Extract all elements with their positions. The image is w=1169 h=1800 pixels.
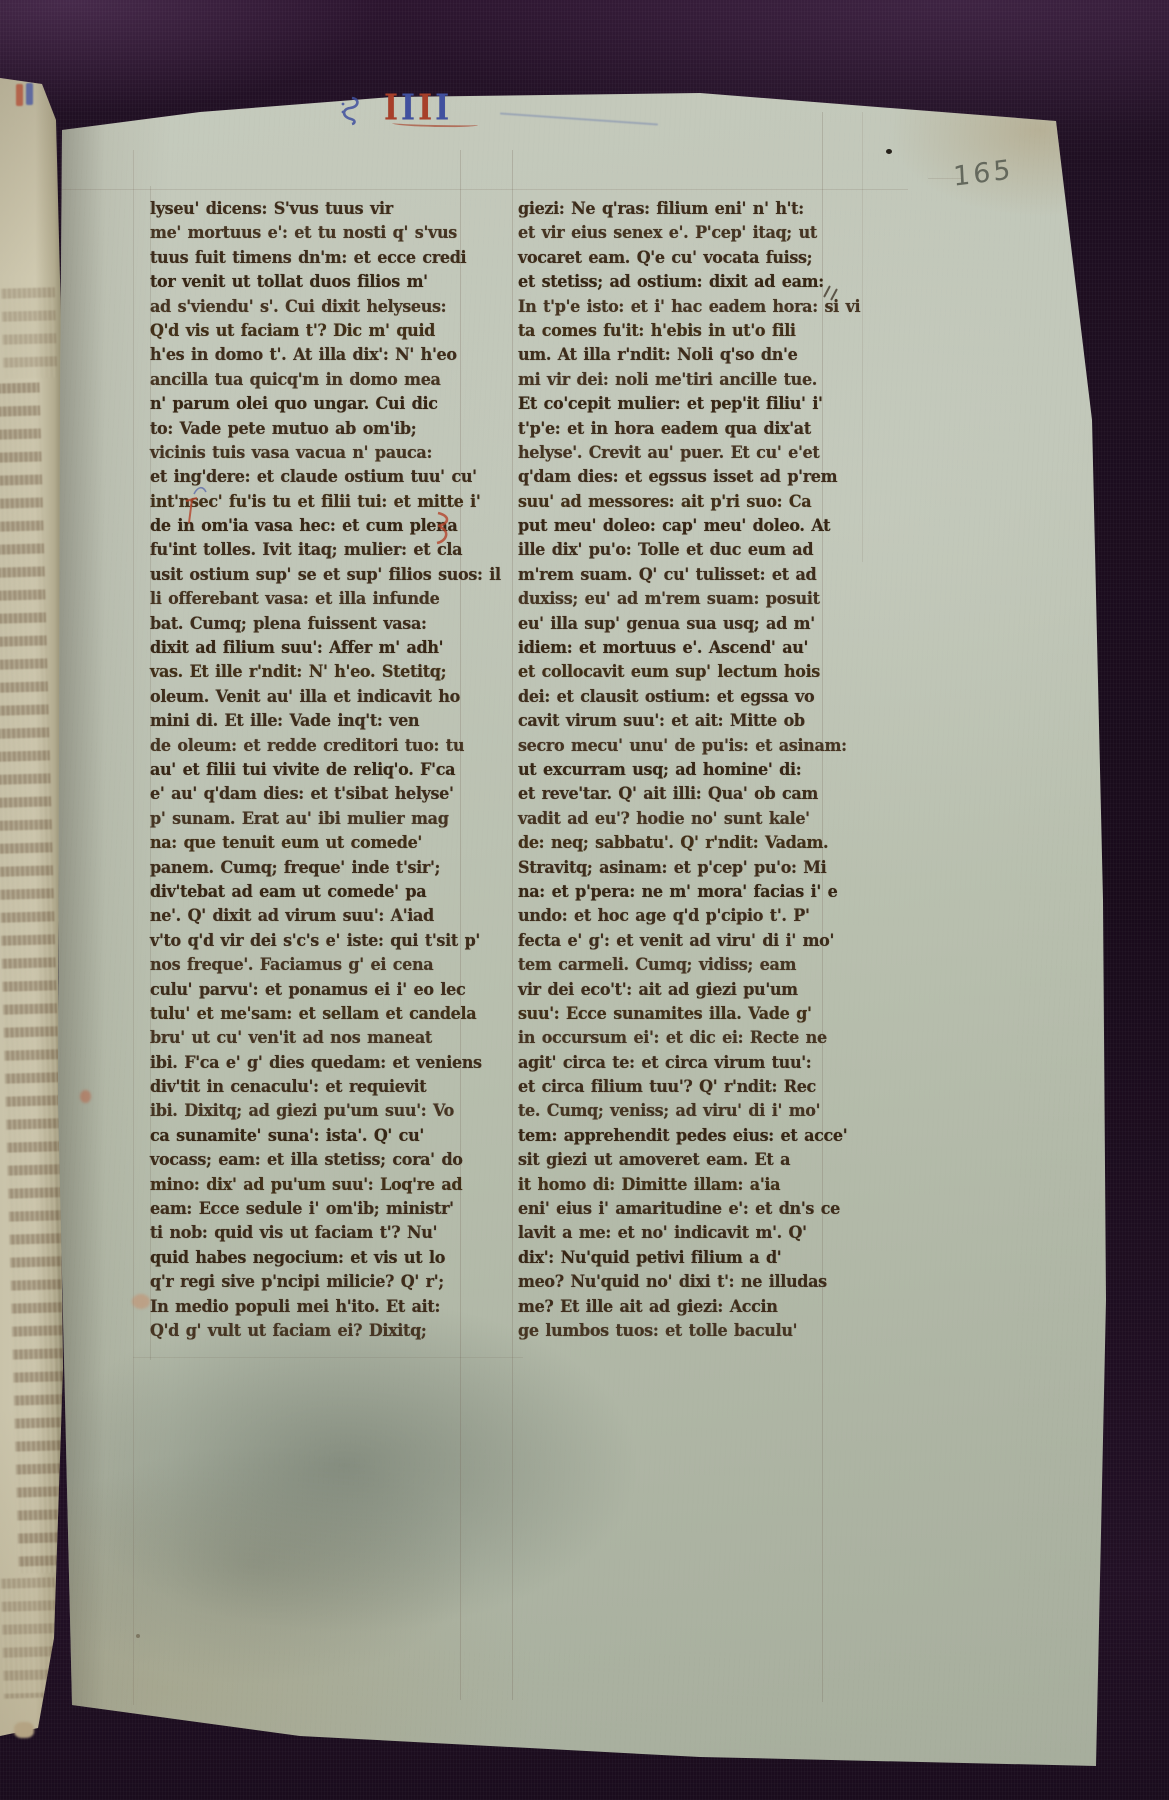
red-stain-left-margin: [80, 1090, 91, 1103]
manuscript-text-line: me' mortuus e': et tu nosti q' s'vus: [150, 220, 452, 246]
manuscript-text-line: giezi: Ne q'ras: filium eni' n' h't:: [518, 196, 820, 222]
manuscript-text-line: in occursum ei': et dic ei: Recte ne: [518, 1025, 820, 1051]
manuscript-text-line: li offerebant vasa: et illa infunde: [150, 586, 452, 612]
manuscript-text-line: Et co'cepit mulier: et pep'it filiu' i': [518, 391, 820, 417]
manuscript-text-line: na: et p'pera: ne m' mora' facias i' e: [518, 879, 820, 905]
manuscript-text-line: quid habes negocium: et vis ut lo: [150, 1245, 452, 1271]
manuscript-text-line: q'dam dies: et egssus isset ad p'rem: [518, 464, 820, 490]
manuscript-text-line: n' parum olei quo ungar. Cui dic: [150, 391, 452, 417]
manuscript-text-line: fu'int tolles. Ivit itaq; mulier: et cla: [150, 537, 452, 563]
manuscript-text-line: dixit ad filium suu': Affer m' adh': [150, 635, 452, 661]
manuscript-text-line: tem: apprehendit pedes eius: et acce': [518, 1123, 820, 1149]
manuscript-text-line: panem. Cumq; freque' inde t'sir';: [150, 855, 452, 881]
manuscript-text-line: culu' parvu': et ponamus ei i' eo lec: [150, 977, 452, 1003]
manuscript-text-line: tem carmeli. Cumq; vidiss; eam: [518, 952, 820, 978]
manuscript-text-line: suu' ad messores: ait p'ri suo: Ca: [518, 489, 820, 515]
manuscript-text-line: et vir eius senex e'. P'cep' itaq; ut: [518, 220, 820, 246]
bleed-through-text: [1, 287, 57, 378]
manuscript-text-line: vicinis tuis vasa vacua n' pauca:: [150, 440, 452, 466]
manuscript-text-line: ti nob: quid vis ut faciam t'? Nu': [150, 1220, 452, 1246]
manuscript-text-line: t'p'e: et in hora eadem qua dix'at: [518, 416, 820, 442]
manuscript-text-line: ta comes fu'it: h'ebis in ut'o fili: [518, 318, 820, 344]
manuscript-text-line: ibi. F'ca e' g' dies quedam: et veniens: [150, 1050, 452, 1076]
manuscript-text-line: meo? Nu'quid no' dixi t': ne illudas: [518, 1269, 820, 1295]
manuscript-text-line: idiem: et mortuus e'. Ascend' au': [518, 635, 820, 661]
manuscript-text-line: agit' circa te: et circa virum tuu':: [518, 1050, 820, 1076]
ink-dot: [136, 1634, 140, 1638]
manuscript-text-line: et circa filium tuu'? Q' r'ndit: Rec: [518, 1074, 820, 1100]
ink-speck: [886, 149, 892, 154]
manuscript-text-line: vocass; eam: et illa stetiss; cora' do: [150, 1147, 452, 1173]
manuscript-text-line: mino: dix' ad pu'um suu': Loq're ad: [150, 1172, 452, 1198]
manuscript-text-line: In medio populi mei h'ito. Et ait:: [150, 1294, 452, 1320]
manuscript-text-line: e' au' q'dam dies: et t'sibat helyse': [150, 781, 452, 807]
manuscript-text-line: put meu' doleo: cap' meu' doleo. At: [518, 513, 820, 539]
manuscript-text-line: fecta e' g': et venit ad viru' di i' mo': [518, 928, 820, 954]
manuscript-text-line: div'tebat ad eam ut comede' pa: [150, 879, 452, 905]
header-blue-paraph: [338, 96, 364, 126]
manuscript-text-line: In t'p'e isto: et i' hac eadem hora: si …: [518, 294, 820, 320]
facing-header-red-mark: [16, 84, 23, 106]
pink-stain: [132, 1294, 150, 1309]
red-paraph-mark: [434, 510, 454, 546]
manuscript-text-line: tulu' et me'sam: et sellam et candela: [150, 1001, 452, 1027]
manuscript-text-line: div'tit in cenaculu': et requievit: [150, 1074, 452, 1100]
manuscript-text-line: tuus fuit timens dn'm: et ecce credi: [150, 245, 452, 271]
ruling-line: [862, 112, 863, 562]
manuscript-text-line: vocaret eam. Q'e cu' vocata fuiss;: [518, 245, 820, 271]
manuscript-text-line: ille dix' pu'o: Tolle et duc eum ad: [518, 537, 820, 563]
manuscript-photo: IIII 165 lyseu' dicens: S'vus tuus virme…: [0, 0, 1169, 1800]
correction-mark-red: [184, 496, 200, 526]
manuscript-text-line: usit ostium sup' se et sup' filios suos:…: [150, 562, 452, 588]
manuscript-text-line: de: neq; sabbatu'. Q' r'ndit: Vadam.: [518, 830, 820, 856]
facing-page-edge: [0, 78, 64, 1740]
manuscript-text-line: sit giezi ut amoveret eam. Et a: [518, 1147, 820, 1173]
manuscript-text-line: oleum. Venit au' illa et indicavit ho: [150, 684, 452, 710]
manuscript-text-line: vas. Et ille r'ndit: N' h'eo. Stetitq;: [150, 659, 452, 685]
manuscript-text-line: ibi. Dixitq; ad giezi pu'um suu': Vo: [150, 1098, 452, 1124]
manuscript-text-line: na: que tenuit eum ut comede': [150, 830, 452, 856]
manuscript-text-line: dei: et clausit ostium: et egssa vo: [518, 684, 820, 710]
manuscript-text-line: au' et filii tui vivite de reliq'o. F'ca: [150, 757, 452, 783]
manuscript-text-line: to: Vade pete mutuo ab om'ib;: [150, 416, 452, 442]
text-column-right: giezi: Ne q'ras: filium eni' n' h't:et v…: [518, 196, 820, 1342]
manuscript-text-line: v'to q'd vir dei s'c's e' iste: qui t'si…: [150, 928, 452, 954]
manuscript-text-line: de oleum: et redde creditori tuo: tu: [150, 733, 452, 759]
manuscript-text-line: et collocavit eum sup' lectum hois: [518, 659, 820, 685]
manuscript-text-line: mi vir dei: noli me'tiri ancille tue.: [518, 367, 820, 393]
manuscript-text-line: vadit ad eu'? hodie no' sunt kale': [518, 806, 820, 832]
manuscript-text-line: lavit a me: et no' indicavit m'. Q': [518, 1220, 820, 1246]
manuscript-text-line: h'es in domo t'. At illa dix': N' h'eo: [150, 342, 452, 368]
manuscript-text-line: q'r regi sive p'ncipi milicie? Q' r';: [150, 1269, 452, 1295]
manuscript-text-line: te. Cumq; veniss; ad viru' di i' mo': [518, 1098, 820, 1124]
manuscript-text-line: vir dei eco't': ait ad giezi pu'um: [518, 977, 820, 1003]
ruling-line: [460, 150, 461, 1700]
manuscript-text-line: ut excurram usq; ad homine' di:: [518, 757, 820, 783]
manuscript-text-line: nos freque'. Faciamus g' ei cena: [150, 952, 452, 978]
ruling-line: [512, 150, 513, 1700]
manuscript-text-line: p' sunam. Erat au' ibi mulier mag: [150, 806, 452, 832]
ruling-line: [133, 1357, 523, 1358]
manuscript-text-line: eni' eius i' amaritudine e': et dn's ce: [518, 1196, 820, 1222]
manuscript-text-line: me? Et ille ait ad giezi: Accin: [518, 1294, 820, 1320]
manuscript-text-line: ca sunamite' suna': ista'. Q' cu': [150, 1123, 452, 1149]
manuscript-text-line: secro mecu' unu' de pu'is: et asinam:: [518, 733, 820, 759]
manuscript-text-line: Q'd vis ut faciam t'? Dic m' quid: [150, 318, 452, 344]
ruling-line: [133, 150, 134, 1705]
manuscript-text-line: um. At illa r'ndit: Noli q'so dn'e: [518, 342, 820, 368]
manuscript-text-line: et reve'tar. Q' ait illi: Qua' ob cam: [518, 781, 820, 807]
correction-mark-blue: [192, 484, 208, 498]
manuscript-text-line: duxiss; eu' ad m'rem suam: posuit: [518, 586, 820, 612]
manuscript-text-line: tor venit ut tollat duos filios m': [150, 269, 452, 295]
manuscript-text-line: cavit virum suu': et ait: Mitte ob: [518, 708, 820, 734]
manuscript-text-line: ge lumbos tuos: et tolle baculu': [518, 1318, 820, 1344]
manuscript-text-line: ad s'viendu' s'. Cui dixit helyseus:: [150, 294, 452, 320]
manuscript-text-line: m'rem suam. Q' cu' tulisset: et ad: [518, 562, 820, 588]
manuscript-text-line: et stetiss; ad ostium: dixit ad eam:: [518, 269, 820, 295]
manuscript-text-line: undo: et hoc age q'd p'cipio t'. P': [518, 903, 820, 929]
manuscript-text-line: bat. Cumq; plena fuissent vasa:: [150, 611, 452, 637]
manuscript-text-line: dix': Nu'quid petivi filium a d': [518, 1245, 820, 1271]
manuscript-text-line: eam: Ecce sedule i' om'ib; ministr': [150, 1196, 452, 1222]
facing-header-blue-mark: [26, 83, 33, 105]
manuscript-text-line: suu': Ecce sunamites illa. Vade g': [518, 1001, 820, 1027]
manuscript-text-line: it homo di: Dimitte illam: a'ia: [518, 1172, 820, 1198]
manuscript-text-line: mini di. Et ille: Vade inq't: ven: [150, 708, 452, 734]
manuscript-text-line: helyse'. Crevit au' puer. Et cu' e'et: [518, 440, 820, 466]
ruling-line: [822, 112, 823, 1702]
manuscript-text-line: Q'd g' vult ut faciam ei? Dixitq;: [150, 1318, 452, 1344]
ruling-line: [62, 189, 908, 190]
page-edge-sliver: [14, 1722, 34, 1738]
manuscript-text-line: eu' illa sup' genua sua usq; ad m': [518, 611, 820, 637]
manuscript-text-line: ancilla tua quicq'm in domo mea: [150, 367, 452, 393]
manuscript-text-line: Stravitq; asinam: et p'cep' pu'o: Mi: [518, 855, 820, 881]
text-column-left: lyseu' dicens: S'vus tuus virme' mortuus…: [150, 196, 452, 1342]
manuscript-text-line: ne'. Q' dixit ad virum suu': A'iad: [150, 903, 452, 929]
manuscript-text-line: lyseu' dicens: S'vus tuus vir: [150, 196, 452, 222]
manuscript-text-line: bru' ut cu' ven'it ad nos maneat: [150, 1025, 452, 1051]
